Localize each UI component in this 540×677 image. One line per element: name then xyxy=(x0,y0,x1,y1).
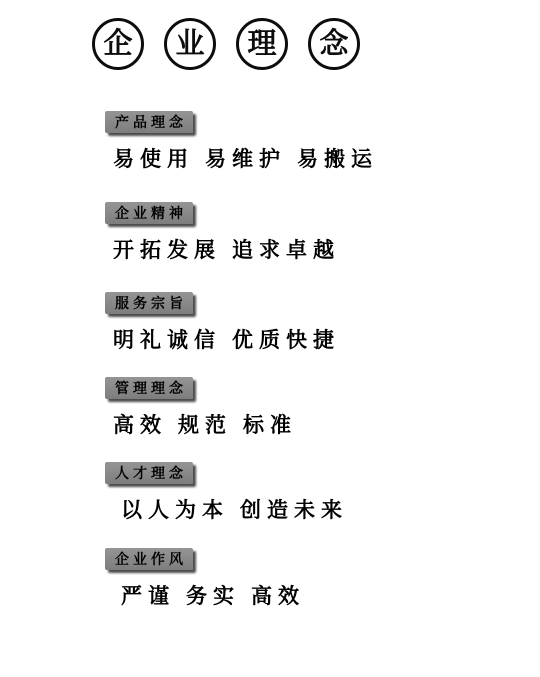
section-badge: 产品理念 xyxy=(105,111,193,133)
body-word: 易搬运 xyxy=(297,149,378,170)
title-circle-nian: 念 xyxy=(308,18,360,70)
title-circle-li: 理 xyxy=(236,18,288,70)
body-word: 以人为本 xyxy=(121,500,229,521)
section-body: 高效 规范 标准 xyxy=(113,415,297,436)
section-badge: 管理理念 xyxy=(105,377,193,399)
section-body: 严谨 务实 高效 xyxy=(121,586,305,607)
body-word: 易维护 xyxy=(205,149,286,170)
section-enterprise-spirit: 企业精神 开拓发展 追求卓越 xyxy=(105,202,340,261)
section-body: 明礼诚信 优质快捷 xyxy=(113,330,340,351)
section-badge: 人才理念 xyxy=(105,462,193,484)
page-title: 企 业 理 念 xyxy=(92,18,360,70)
section-talent-philosophy: 人才理念 以人为本 创造未来 xyxy=(105,462,348,521)
body-word: 开拓发展 xyxy=(113,240,221,261)
section-body: 开拓发展 追求卓越 xyxy=(113,240,340,261)
title-circle-qi: 企 xyxy=(92,18,144,70)
section-badge: 服务宗旨 xyxy=(105,292,193,314)
body-word: 高效 xyxy=(113,415,167,436)
body-word: 明礼诚信 xyxy=(113,330,221,351)
section-service-purpose: 服务宗旨 明礼诚信 优质快捷 xyxy=(105,292,340,351)
body-word: 务实 xyxy=(186,586,240,607)
section-enterprise-style: 企业作风 严谨 务实 高效 xyxy=(105,548,305,607)
body-word: 严谨 xyxy=(121,586,175,607)
body-word: 创造未来 xyxy=(240,500,348,521)
corporate-philosophy-page: 企 业 理 念 产品理念 易使用 易维护 易搬运 企业精神 开拓发展 追求卓越 … xyxy=(0,0,540,677)
body-word: 规范 xyxy=(178,415,232,436)
body-word: 追求卓越 xyxy=(232,240,340,261)
section-management-philosophy: 管理理念 高效 规范 标准 xyxy=(105,377,297,436)
body-word: 优质快捷 xyxy=(232,330,340,351)
title-circle-ye: 业 xyxy=(164,18,216,70)
body-word: 高效 xyxy=(251,586,305,607)
section-body: 易使用 易维护 易搬运 xyxy=(113,149,378,170)
body-word: 标准 xyxy=(243,415,297,436)
section-product-philosophy: 产品理念 易使用 易维护 易搬运 xyxy=(105,111,378,170)
section-badge: 企业精神 xyxy=(105,202,193,224)
section-badge: 企业作风 xyxy=(105,548,193,570)
body-word: 易使用 xyxy=(113,149,194,170)
section-body: 以人为本 创造未来 xyxy=(121,500,348,521)
